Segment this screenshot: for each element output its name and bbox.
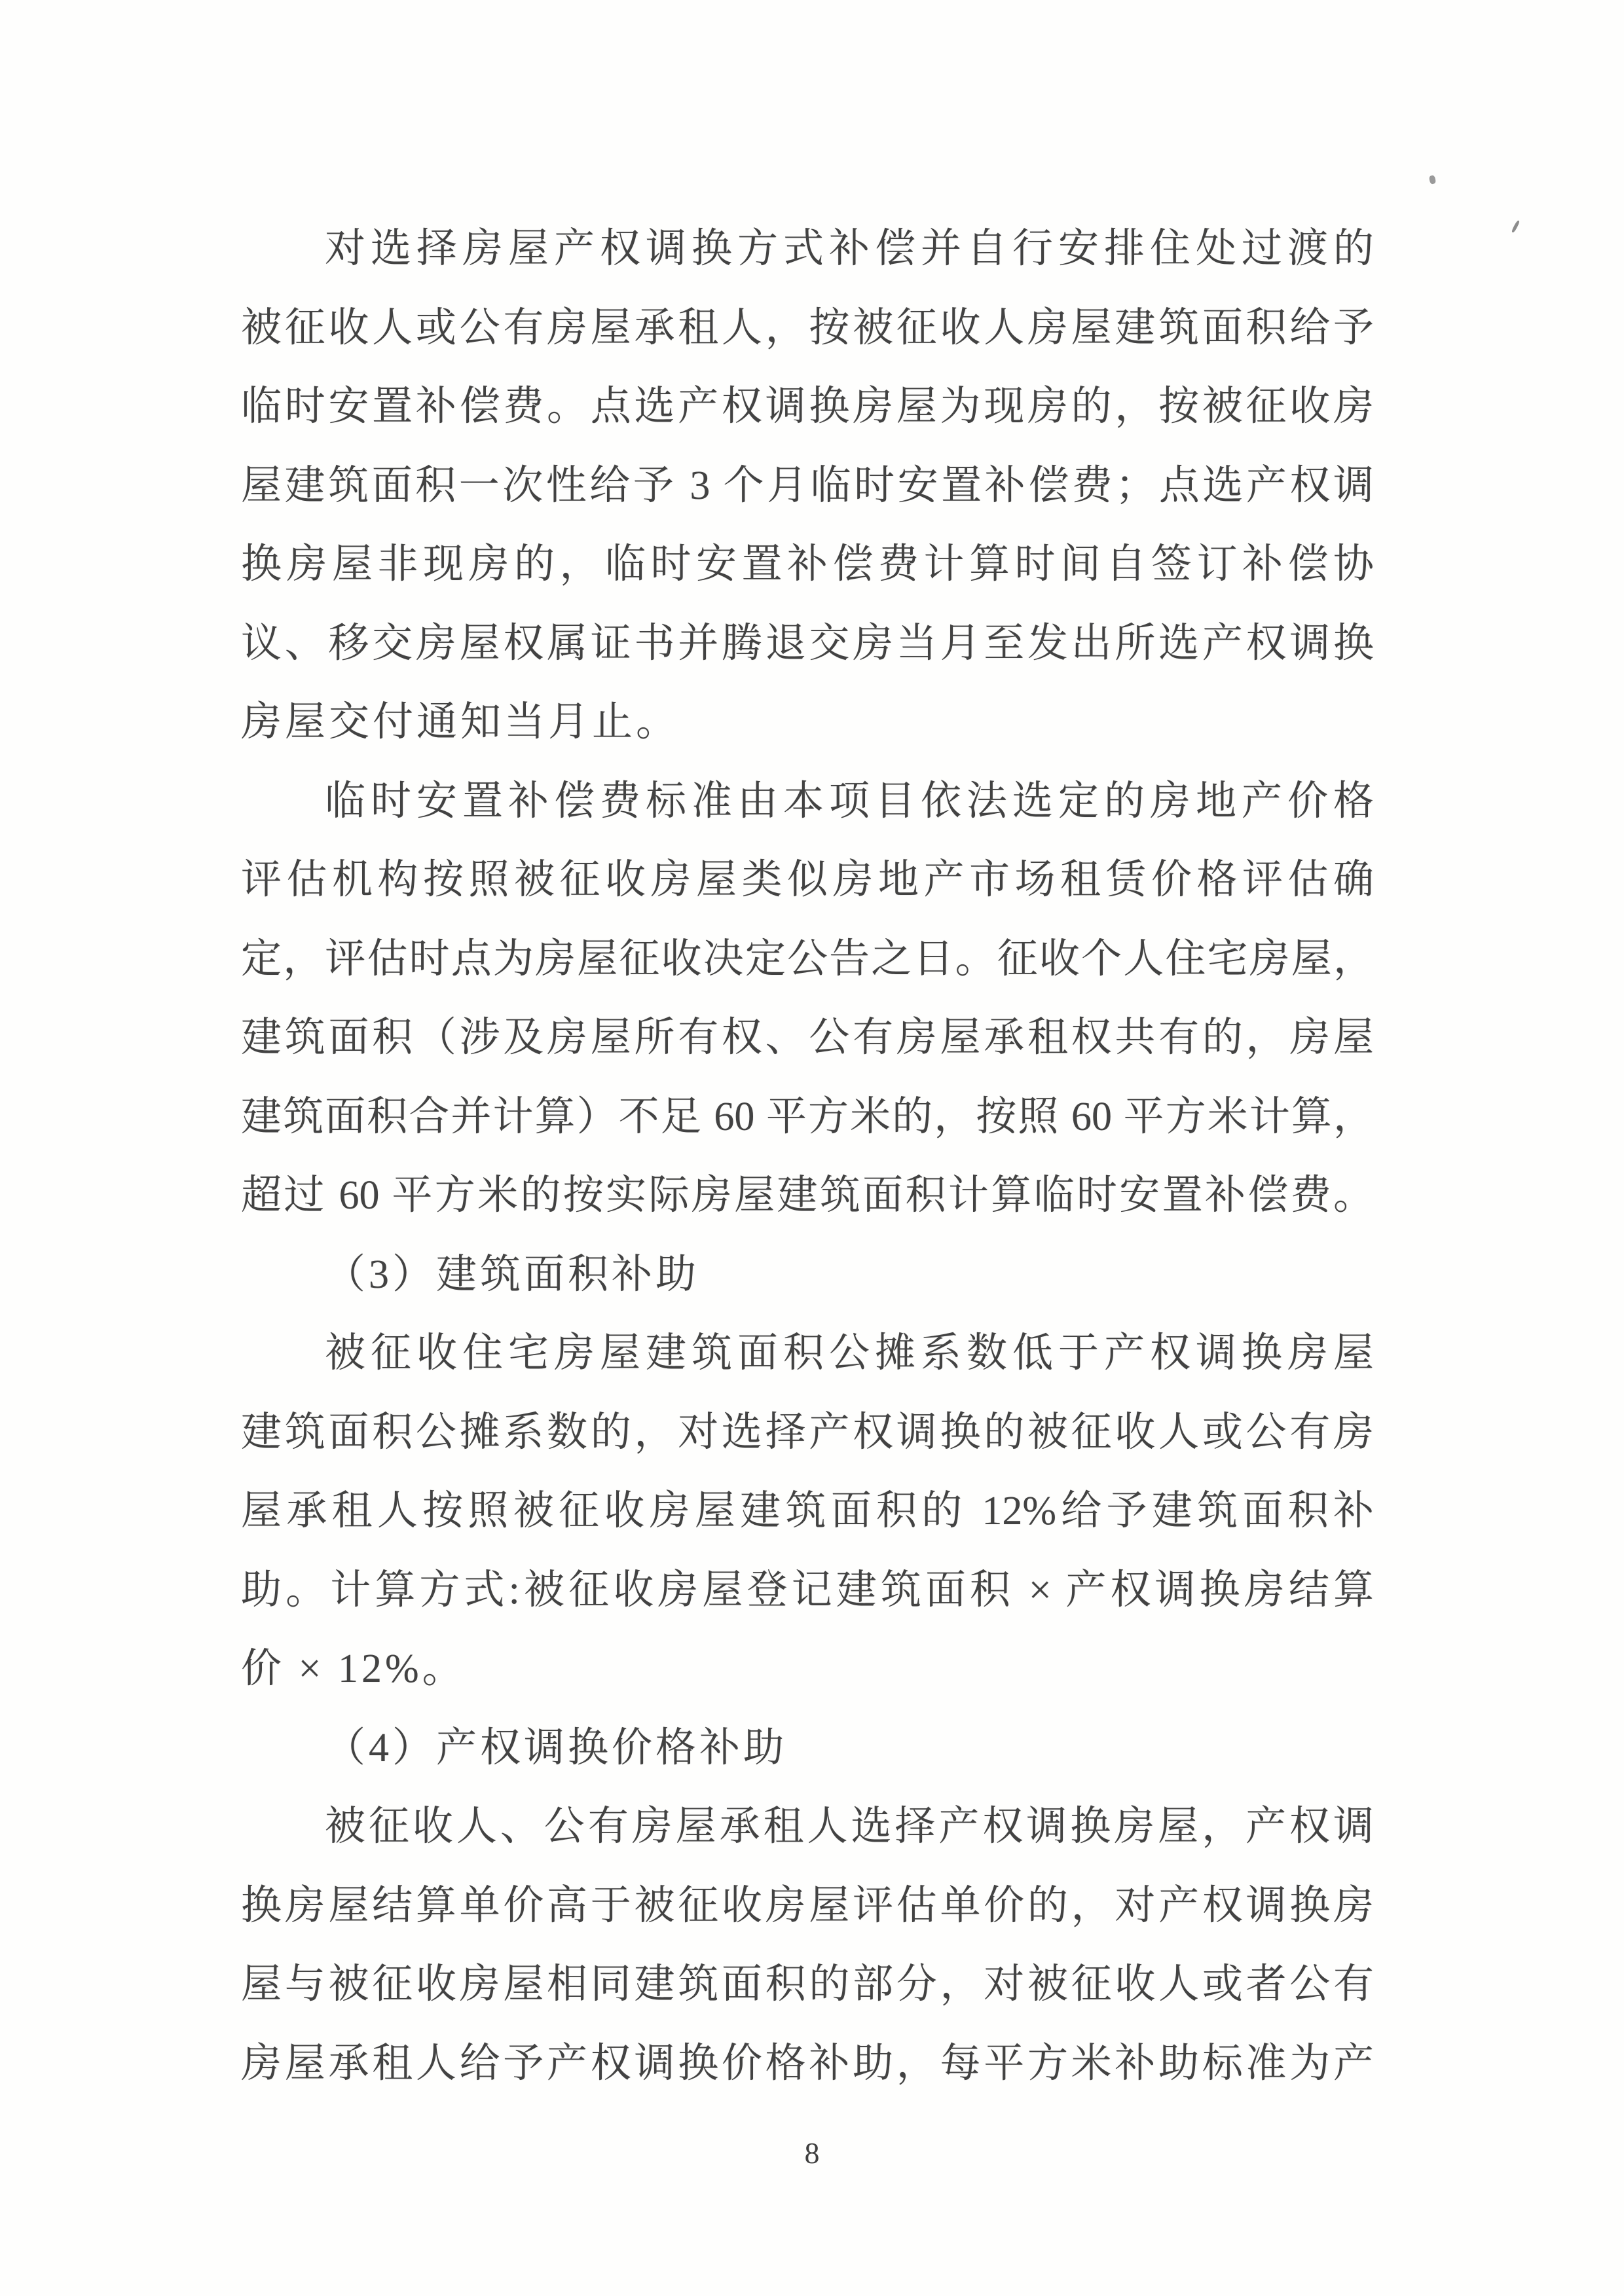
text-line: （3）建筑面积补助	[241, 1235, 1374, 1315]
text-line: 屋与被征收房屋相同建筑面积的部分，对被征收人或者公有	[241, 1945, 1374, 2024]
page-number: 8	[0, 2136, 1624, 2170]
text-line: 建筑面积（涉及房屋所有权、公有房屋承租权共有的，房屋	[241, 998, 1374, 1078]
scan-speckle	[1511, 220, 1521, 233]
text-line: 被征收人、公有房屋承租人选择产权调换房屋，产权调	[241, 1787, 1374, 1867]
text-line: 对选择房屋产权调换方式补偿并自行安排住处过渡的	[241, 210, 1374, 289]
text-line: 评估机构按照被征收房屋类似房地产市场租赁价格评估确	[241, 841, 1374, 920]
text-line: 屋建筑面积一次性给予 3 个月临时安置补偿费；点选产权调	[241, 446, 1374, 526]
text-line: 助。计算方式:被征收房屋登记建筑面积 × 产权调换房结算	[241, 1551, 1374, 1630]
text-line: 房屋承租人给予产权调换价格补助，每平方米补助标准为产	[241, 2024, 1374, 2104]
text-line: 被征收人或公有房屋承租人，按被征收人房屋建筑面积给予	[241, 289, 1374, 368]
text-line: 房屋交付通知当月止。	[241, 683, 1374, 762]
scan-speckle	[1429, 175, 1437, 185]
text-line: 超过 60 平方米的按实际房屋建筑面积计算临时安置补偿费。	[241, 1156, 1374, 1235]
document-page: 对选择房屋产权调换方式补偿并自行安排住处过渡的被征收人或公有房屋承租人，按被征收…	[0, 0, 1624, 2296]
text-line: 换房屋结算单价高于被征收房屋评估单价的，对产权调换房	[241, 1867, 1374, 1946]
text-line: 临时安置补偿费。点选产权调换房屋为现房的，按被征收房	[241, 367, 1374, 446]
text-line: 价 × 12%。	[241, 1630, 1374, 1709]
text-line: 换房屋非现房的，临时安置补偿费计算时间自签订补偿协	[241, 525, 1374, 604]
text-line: 临时安置补偿费标准由本项目依法选定的房地产价格	[241, 762, 1374, 841]
text-line: 被征收住宅房屋建筑面积公摊系数低于产权调换房屋	[241, 1314, 1374, 1393]
text-line: 建筑面积合并计算）不足 60 平方米的，按照 60 平方米计算，	[241, 1078, 1374, 1157]
text-line: 议、移交房屋权属证书并腾退交房当月至发出所选产权调换	[241, 604, 1374, 683]
text-line: 建筑面积公摊系数的，对选择产权调换的被征收人或公有房	[241, 1393, 1374, 1472]
text-line: 屋承租人按照被征收房屋建筑面积的 12%给予建筑面积补	[241, 1472, 1374, 1551]
text-line: （4）产权调换价格补助	[241, 1709, 1374, 1788]
body-text: 对选择房屋产权调换方式补偿并自行安排住处过渡的被征收人或公有房屋承租人，按被征收…	[241, 210, 1374, 2103]
text-line: 定，评估时点为房屋征收决定公告之日。征收个人住宅房屋，	[241, 920, 1374, 999]
